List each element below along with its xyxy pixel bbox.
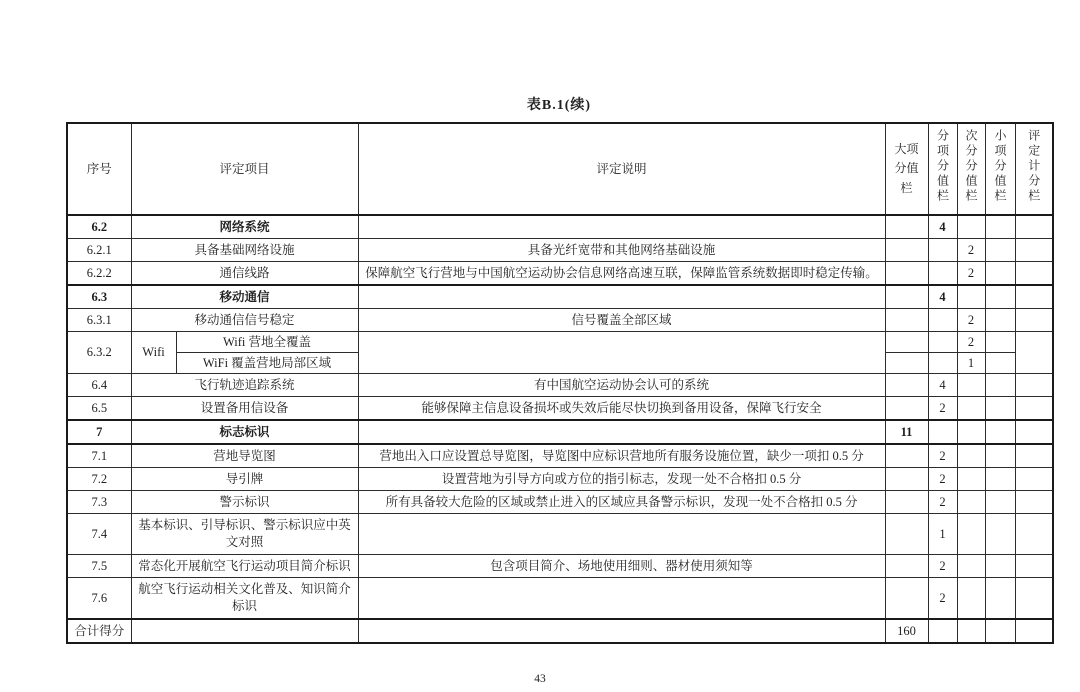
cell-sub-score: 1 [928,514,957,555]
cell-item: 常态化开展航空飞行运动项目简介标识 [131,555,358,578]
cell-subsub-score: 2 [957,239,985,262]
table-header-row: 序号 评定项目 评定说明 大项分值栏 分项分值栏 次分分值栏 小项分值栏 评定计… [67,123,1053,215]
cell-subsub-score [957,514,985,555]
cell-score [1015,468,1053,491]
cell-subsub-score [957,578,985,620]
cell-wifi-group: Wifi [131,332,176,374]
cell-subsub-score [957,374,985,397]
col-header-item: 评定项目 [131,123,358,215]
cell-item: WiFi 覆盖营地局部区域 [176,353,358,374]
cell-desc: 保障航空飞行营地与中国航空运动协会信息网络高速互联，保障监管系统数据即时稳定传输… [358,262,885,286]
cell-major-score [885,262,928,286]
cell-serial: 6.4 [67,374,131,397]
cell-major-score [885,555,928,578]
cell-desc: 设置营地为引导方向或方位的指引标志，发现一处不合格扣 0.5 分 [358,468,885,491]
cell-desc: 包含项目简介、场地使用细则、器材使用须知等 [358,555,885,578]
cell-major-score [885,332,928,353]
cell-serial: 7.6 [67,578,131,620]
cell-desc [358,420,885,444]
cell-item: 营地导览图 [131,444,358,468]
cell-score [1015,309,1053,332]
table-row: 7.4 基本标识、引导标识、警示标识应中英文对照 1 [67,514,1053,555]
col-header-sub-score: 分项分值栏 [928,123,957,215]
cell-major-score: 11 [885,420,928,444]
cell-serial: 7.3 [67,491,131,514]
table-row: 7.6 航空飞行运动相关文化普及、知识简介标识 2 [67,578,1053,620]
cell-desc: 能够保障主信息设备损坏或失效后能尽快切换到备用设备，保障飞行安全 [358,397,885,421]
cell-sub-score: 2 [928,397,957,421]
col-header-major-score: 大项分值栏 [885,123,928,215]
cell-score [1015,397,1053,421]
table-row: 7.3 警示标识 所有具备较大危险的区域或禁止进入的区域应具备警示标识，发现一处… [67,491,1053,514]
table-row: 7.5 常态化开展航空飞行运动项目简介标识 包含项目简介、场地使用细则、器材使用… [67,555,1053,578]
cell-subsub-score [957,468,985,491]
cell-item: Wifi 营地全覆盖 [176,332,358,353]
cell-sub-score [928,262,957,286]
cell-item: 飞行轨迹追踪系统 [131,374,358,397]
table-row: 6.3.1 移动通信信号稳定 信号覆盖全部区域 2 [67,309,1053,332]
cell-minor-score [985,332,1015,353]
cell-sub-score: 2 [928,491,957,514]
cell-minor-score [985,468,1015,491]
cell-desc: 具备光纤宽带和其他网络基础设施 [358,239,885,262]
table-row: 6.4 飞行轨迹追踪系统 有中国航空运动协会认可的系统 4 [67,374,1053,397]
cell-desc [358,332,885,374]
cell-score [1015,491,1053,514]
table-row: 6.2.1 具备基础网络设施 具备光纤宽带和其他网络基础设施 2 [67,239,1053,262]
cell-desc [358,514,885,555]
page-number: 43 [0,673,1080,685]
cell-major-score [885,397,928,421]
cell-sub-score: 2 [928,444,957,468]
cell-minor-score [985,397,1015,421]
cell-minor-score [985,555,1015,578]
cell-score [1015,239,1053,262]
col-header-minor-score: 小项分值栏 [985,123,1015,215]
cell-minor-score [985,309,1015,332]
cell-item: 具备基础网络设施 [131,239,358,262]
cell-item: 设置备用信设备 [131,397,358,421]
col-header-score: 评定计分栏 [1015,123,1053,215]
cell-sub-score [928,239,957,262]
cell-item: 移动通信 [131,285,358,309]
cell-sub-score [928,332,957,353]
cell-subsub-score [957,215,985,239]
cell-major-score [885,215,928,239]
cell-score [1015,332,1053,374]
cell-item: 航空飞行运动相关文化普及、知识简介标识 [131,578,358,620]
cell-score [1015,262,1053,286]
cell-minor-score [985,239,1015,262]
cell-subsub-score: 2 [957,309,985,332]
cell-sub-score: 4 [928,215,957,239]
cell-sub-score: 2 [928,555,957,578]
cell-score [1015,285,1053,309]
table-row: 7.2 导引牌 设置营地为引导方向或方位的指引标志，发现一处不合格扣 0.5 分… [67,468,1053,491]
cell-serial: 7.4 [67,514,131,555]
page-title: 表B.1(续) [66,94,1052,114]
table-row: 7 标志标识 11 [67,420,1053,444]
cell-major-score [885,374,928,397]
cell-desc: 有中国航空运动协会认可的系统 [358,374,885,397]
cell-serial: 7 [67,420,131,444]
cell-sub-score: 2 [928,468,957,491]
col-header-subsub-score: 次分分值栏 [957,123,985,215]
cell-minor-score [985,578,1015,620]
cell-serial: 6.3.2 [67,332,131,374]
cell-score [1015,619,1053,643]
cell-item: 导引牌 [131,468,358,491]
cell-subsub-score [957,397,985,421]
cell-sub-score [928,619,957,643]
cell-minor-score [985,285,1015,309]
cell-desc: 所有具备较大危险的区域或禁止进入的区域应具备警示标识，发现一处不合格扣 0.5 … [358,491,885,514]
table-row: 6.3 移动通信 4 [67,285,1053,309]
cell-subsub-score: 1 [957,353,985,374]
cell-item: 网络系统 [131,215,358,239]
cell-sub-score [928,309,957,332]
cell-item: 警示标识 [131,491,358,514]
cell-desc [358,578,885,620]
cell-major-score [885,468,928,491]
cell-desc [358,215,885,239]
table-row: 7.1 营地导览图 营地出入口应设置总导览图，导览图中应标识营地所有服务设施位置… [67,444,1053,468]
cell-major-score [885,444,928,468]
cell-score [1015,374,1053,397]
cell-minor-score [985,215,1015,239]
cell-serial: 7.5 [67,555,131,578]
cell-score [1015,555,1053,578]
cell-serial: 6.3.1 [67,309,131,332]
cell-major-score [885,578,928,620]
cell-item: 移动通信信号稳定 [131,309,358,332]
col-header-serial: 序号 [67,123,131,215]
table-row: 6.2 网络系统 4 [67,215,1053,239]
cell-item: 通信线路 [131,262,358,286]
cell-serial: 7.2 [67,468,131,491]
cell-major-score [885,285,928,309]
cell-minor-score [985,374,1015,397]
cell-subsub-score [957,491,985,514]
cell-item: 基本标识、引导标识、警示标识应中英文对照 [131,514,358,555]
cell-score [1015,444,1053,468]
cell-item: 标志标识 [131,420,358,444]
cell-minor-score [985,444,1015,468]
cell-subsub-score [957,555,985,578]
cell-serial: 7.1 [67,444,131,468]
cell-score [1015,215,1053,239]
cell-major-score [885,514,928,555]
cell-major-score [885,491,928,514]
cell-minor-score [985,353,1015,374]
cell-sub-score: 4 [928,374,957,397]
cell-subsub-score: 2 [957,332,985,353]
cell-serial: 6.5 [67,397,131,421]
cell-subsub-score [957,444,985,468]
cell-desc [358,619,885,643]
cell-sub-score: 4 [928,285,957,309]
table-row: 6.3.2 Wifi Wifi 营地全覆盖 2 [67,332,1053,353]
table-row: 6.5 设置备用信设备 能够保障主信息设备损坏或失效后能尽快切换到备用设备，保障… [67,397,1053,421]
cell-serial: 6.2.2 [67,262,131,286]
cell-serial: 6.2 [67,215,131,239]
cell-item [131,619,358,643]
cell-subsub-score [957,420,985,444]
cell-total-label: 合计得分 [67,619,131,643]
cell-desc: 营地出入口应设置总导览图，导览图中应标识营地所有服务设施位置，缺少一项扣 0.5… [358,444,885,468]
cell-serial: 6.2.1 [67,239,131,262]
cell-major-score [885,239,928,262]
evaluation-table: 序号 评定项目 评定说明 大项分值栏 分项分值栏 次分分值栏 小项分值栏 评定计… [66,122,1054,644]
cell-major-score: 160 [885,619,928,643]
cell-subsub-score [957,285,985,309]
table-row: 6.2.2 通信线路 保障航空飞行营地与中国航空运动协会信息网络高速互联，保障监… [67,262,1053,286]
cell-serial: 6.3 [67,285,131,309]
cell-minor-score [985,420,1015,444]
cell-major-score [885,309,928,332]
cell-score [1015,420,1053,444]
cell-score [1015,578,1053,620]
cell-subsub-score: 2 [957,262,985,286]
cell-subsub-score [957,619,985,643]
cell-score [1015,514,1053,555]
cell-minor-score [985,619,1015,643]
cell-sub-score: 2 [928,578,957,620]
cell-minor-score [985,262,1015,286]
cell-minor-score [985,491,1015,514]
cell-desc [358,285,885,309]
cell-desc: 信号覆盖全部区域 [358,309,885,332]
cell-sub-score [928,353,957,374]
cell-minor-score [985,514,1015,555]
cell-sub-score [928,420,957,444]
table-row-total: 合计得分 160 [67,619,1053,643]
cell-major-score [885,353,928,374]
col-header-desc: 评定说明 [358,123,885,215]
